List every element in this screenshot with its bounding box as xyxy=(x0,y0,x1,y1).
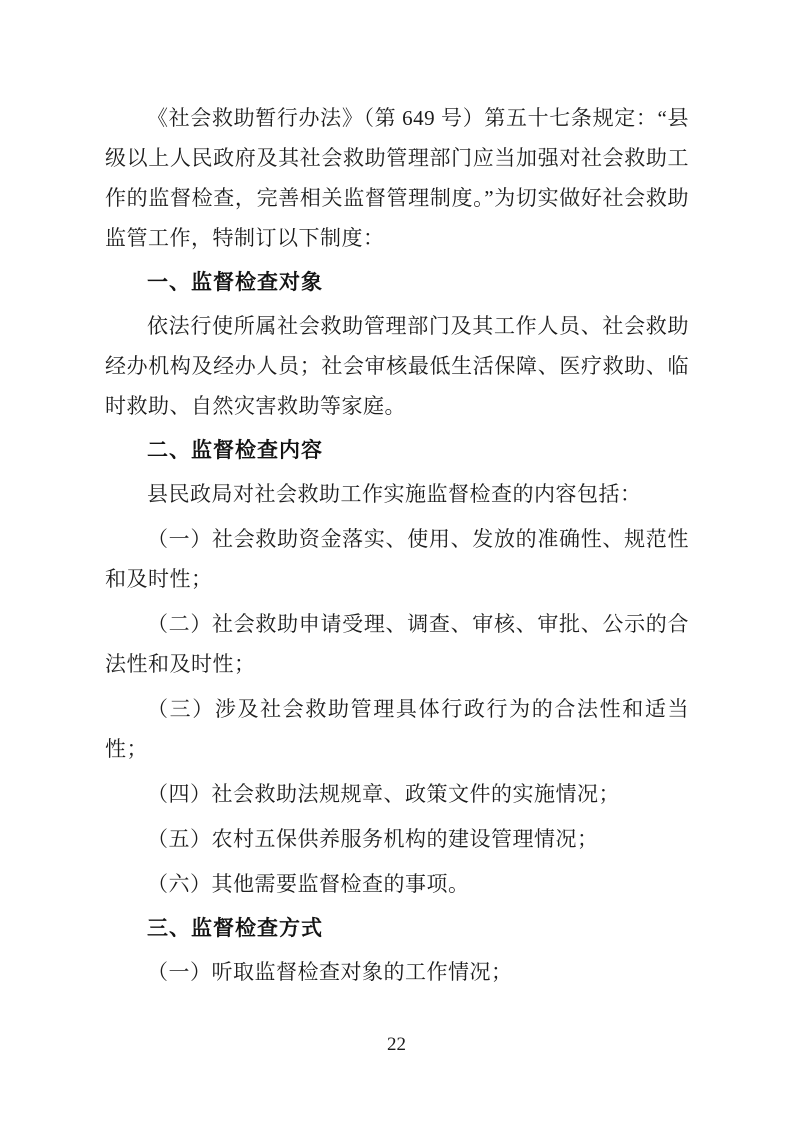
section-2-item-6: （六）其他需要监督检查的事项。 xyxy=(105,864,689,904)
section-2-heading: 二、监督检查内容 xyxy=(105,431,689,471)
section-2-item-2: （二）社会救助申请受理、调查、审核、审批、公示的合法性和及时性； xyxy=(105,604,689,684)
section-3-heading: 三、监督检查方式 xyxy=(105,909,689,949)
section-2-lead-paragraph: 县民政局对社会救助工作实施监督检查的内容包括： xyxy=(105,474,689,514)
section-1-paragraph: 依法行使所属社会救助管理部门及其工作人员、社会救助经办机构及经办人员；社会审核最… xyxy=(105,306,689,426)
document-page: 《社会救助暂行办法》（第 649 号）第五十七条规定：“县级以上人民政府及其社会… xyxy=(0,0,793,1122)
section-3-item-1: （一）听取监督检查对象的工作情况； xyxy=(105,952,689,992)
section-2-item-5: （五）农村五保供养服务机构的建设管理情况； xyxy=(105,819,689,859)
section-2-item-3: （三）涉及社会救助管理具体行政行为的合法性和适当性； xyxy=(105,689,689,769)
section-2-item-1: （一）社会救助资金落实、使用、发放的准确性、规范性和及时性； xyxy=(105,519,689,599)
page-number: 22 xyxy=(0,1033,793,1057)
section-2-item-4: （四）社会救助法规规章、政策文件的实施情况； xyxy=(105,774,689,814)
intro-paragraph: 《社会救助暂行办法》（第 649 号）第五十七条规定：“县级以上人民政府及其社会… xyxy=(105,98,689,258)
document-body: 《社会救助暂行办法》（第 649 号）第五十七条规定：“县级以上人民政府及其社会… xyxy=(105,98,689,997)
section-1-heading: 一、监督检查对象 xyxy=(105,263,689,303)
